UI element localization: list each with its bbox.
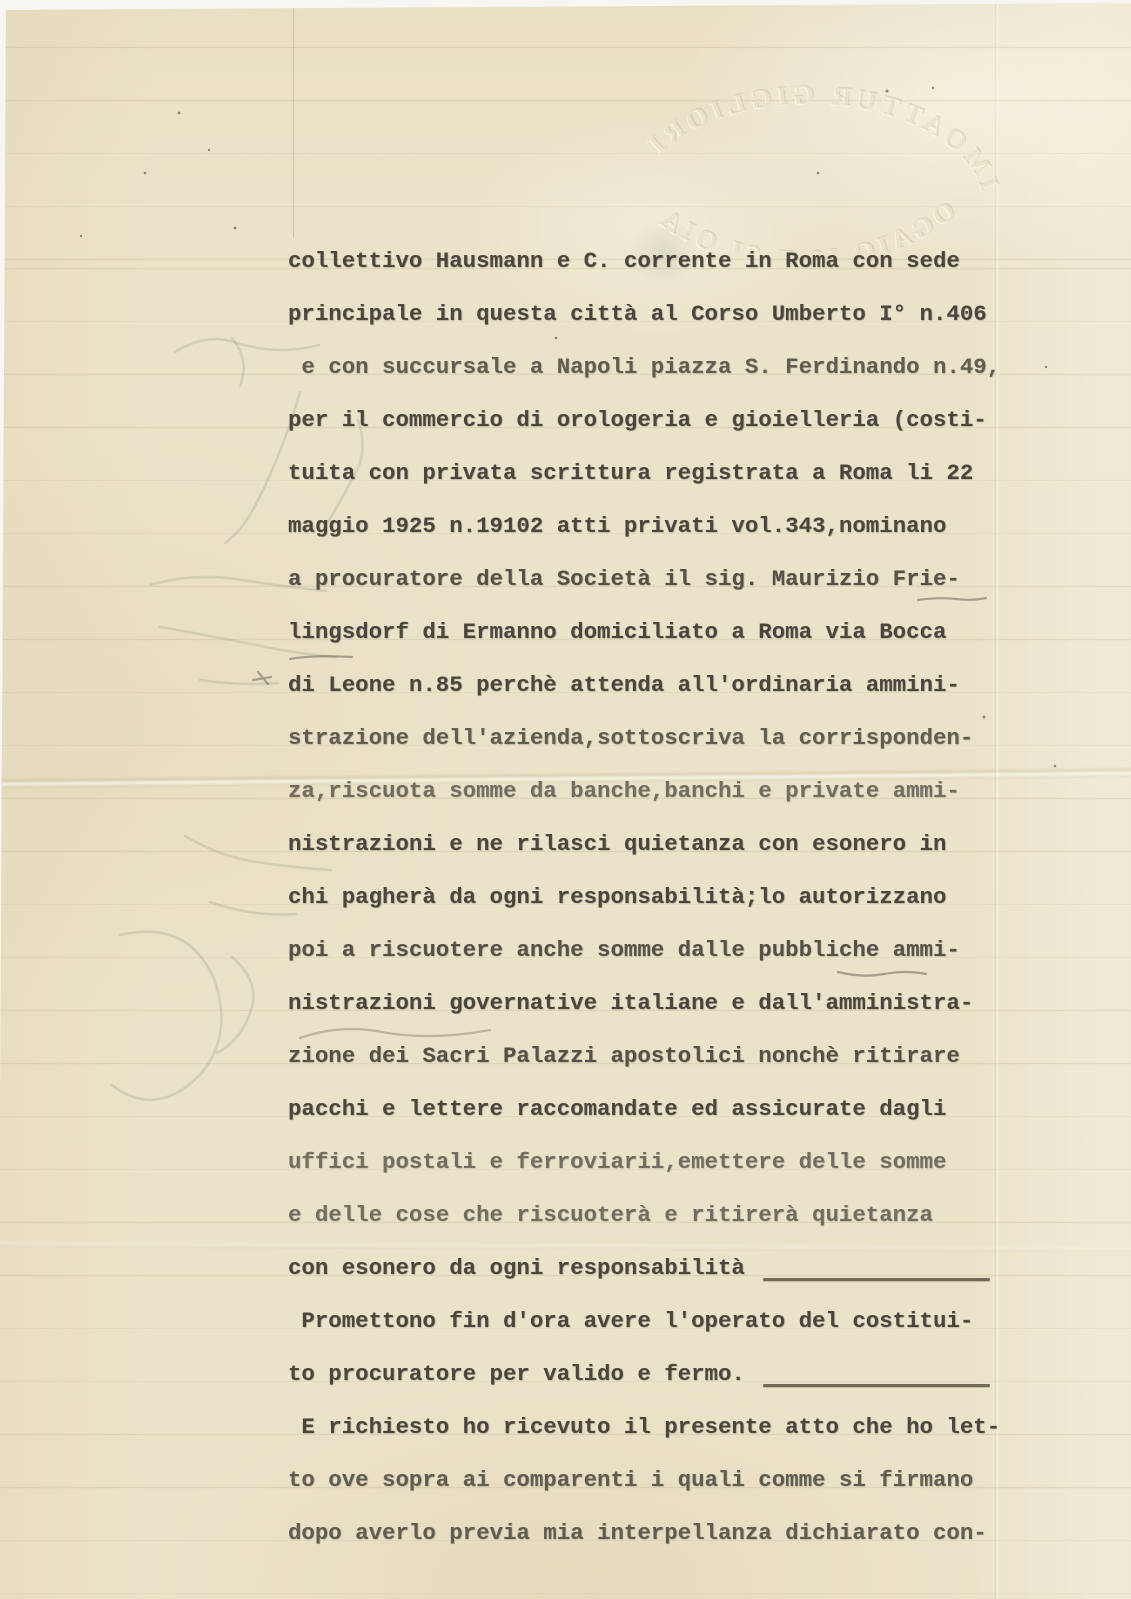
- typed-line: E richiesto ho ricevuto il presente atto…: [288, 1401, 990, 1454]
- svg-text:IMOATTUR GIGLIORI: IMOATTUR GIGLIORI: [639, 79, 1005, 194]
- inked-fill-line: [763, 1384, 990, 1387]
- typed-line-text: tuita con privata scrittura registrata a…: [288, 447, 973, 500]
- typed-line: za,riscuota somme da banche,banchi e pri…: [288, 765, 990, 818]
- typed-line: to procuratore per valido e fermo.: [288, 1348, 990, 1401]
- typed-line-text: to ove sopra ai comparenti i quali comme…: [288, 1454, 973, 1507]
- typed-line: chi pagherà da ogni responsabilità;lo au…: [288, 871, 990, 924]
- typed-line-text: Promettono fin d'ora avere l'operato del…: [288, 1295, 973, 1348]
- typed-line: con esonero da ogni responsabilità: [288, 1242, 990, 1295]
- typed-line: collettivo Hausmann e C. corrente in Rom…: [288, 235, 990, 288]
- typed-line-text: con esonero da ogni responsabilità: [288, 1242, 745, 1295]
- typed-line: poi a riscuotere anche somme dalle pubbl…: [288, 924, 990, 977]
- typed-line-text: E richiesto ho ricevuto il presente atto…: [288, 1401, 1000, 1454]
- typed-line: zione dei Sacri Palazzi apostolici nonch…: [288, 1030, 990, 1083]
- typed-line-text: di Leone n.85 perchè attenda all'ordinar…: [288, 659, 960, 712]
- typed-line-text: principale in questa città al Corso Umbe…: [288, 288, 987, 341]
- typed-line-text: nistrazioni e ne rilasci quietanza con e…: [288, 818, 946, 871]
- typed-line: di Leone n.85 perchè attenda all'ordinar…: [288, 659, 990, 712]
- typed-line-text: maggio 1925 n.19102 atti privati vol.343…: [288, 500, 946, 553]
- typed-line-text: poi a riscuotere anche somme dalle pubbl…: [288, 924, 960, 977]
- vertical-crease-top-left: [293, 0, 294, 238]
- typed-line: dopo averlo previa mia interpellanza dic…: [288, 1507, 990, 1560]
- typed-line-text: zione dei Sacri Palazzi apostolici nonch…: [288, 1030, 960, 1083]
- typed-line-text: a procuratore della Società il sig. Maur…: [288, 553, 960, 606]
- typed-line: Promettono fin d'ora avere l'operato del…: [288, 1295, 990, 1348]
- typed-line-text: dopo averlo previa mia interpellanza dic…: [288, 1507, 987, 1560]
- typed-line: nistrazioni governative italiane e dall'…: [288, 977, 990, 1030]
- typed-line: e con succursale a Napoli piazza S. Ferd…: [288, 341, 990, 394]
- typed-line-text: strazione dell'azienda,sottoscriva la co…: [288, 712, 973, 765]
- typed-line: principale in questa città al Corso Umbe…: [288, 288, 990, 341]
- typed-line: e delle cose che riscuoterà e ritirerà q…: [288, 1189, 990, 1242]
- typed-line-text: lingsdorf di Ermanno domiciliato a Roma …: [288, 606, 946, 659]
- typed-line-text: za,riscuota somme da banche,banchi e pri…: [288, 765, 960, 818]
- typed-line: maggio 1925 n.19102 atti privati vol.343…: [288, 500, 990, 553]
- embossed-stamp: IMOATTUR GIGLIORI OGAIO IS E SI OIAZO IM…: [612, 62, 1012, 252]
- typed-line: to ove sopra ai comparenti i quali comme…: [288, 1454, 990, 1507]
- typed-line-text: e delle cose che riscuoterà e ritirerà q…: [288, 1189, 933, 1242]
- inked-fill-line: [763, 1278, 990, 1281]
- typed-line: lingsdorf di Ermanno domiciliato a Roma …: [288, 606, 990, 659]
- typed-line: uffici postali e ferroviarii,emettere de…: [288, 1136, 990, 1189]
- typed-line-text: nistrazioni governative italiane e dall'…: [288, 977, 973, 1030]
- typed-line: tuita con privata scrittura registrata a…: [288, 447, 990, 500]
- typed-text-block: collettivo Hausmann e C. corrente in Rom…: [288, 235, 990, 1560]
- typed-line: a procuratore della Società il sig. Maur…: [288, 553, 990, 606]
- typed-line: pacchi e lettere raccomandate ed assicur…: [288, 1083, 990, 1136]
- scanned-document: { "colors": { "paper": "#ebe3c9", "ink":…: [0, 0, 1131, 1599]
- typed-line: per il commercio di orologeria e gioiell…: [288, 394, 990, 447]
- typed-line: strazione dell'azienda,sottoscriva la co…: [288, 712, 990, 765]
- typed-line-text: per il commercio di orologeria e gioiell…: [288, 394, 987, 447]
- typed-line-text: e con succursale a Napoli piazza S. Ferd…: [288, 341, 1000, 394]
- typed-line-text: uffici postali e ferroviarii,emettere de…: [288, 1136, 946, 1189]
- typed-line-text: collettivo Hausmann e C. corrente in Rom…: [288, 235, 960, 288]
- typed-line-text: chi pagherà da ogni responsabilità;lo au…: [288, 871, 946, 924]
- mirrored-seal-text: IMOATTUR GIGLIORI OGAIO IS E SI OIAZO IM…: [638, 62, 1012, 252]
- typed-line-text: pacchi e lettere raccomandate ed assicur…: [288, 1083, 946, 1136]
- typed-line-text: to procuratore per valido e fermo.: [288, 1348, 745, 1401]
- typed-line: nistrazioni e ne rilasci quietanza con e…: [288, 818, 990, 871]
